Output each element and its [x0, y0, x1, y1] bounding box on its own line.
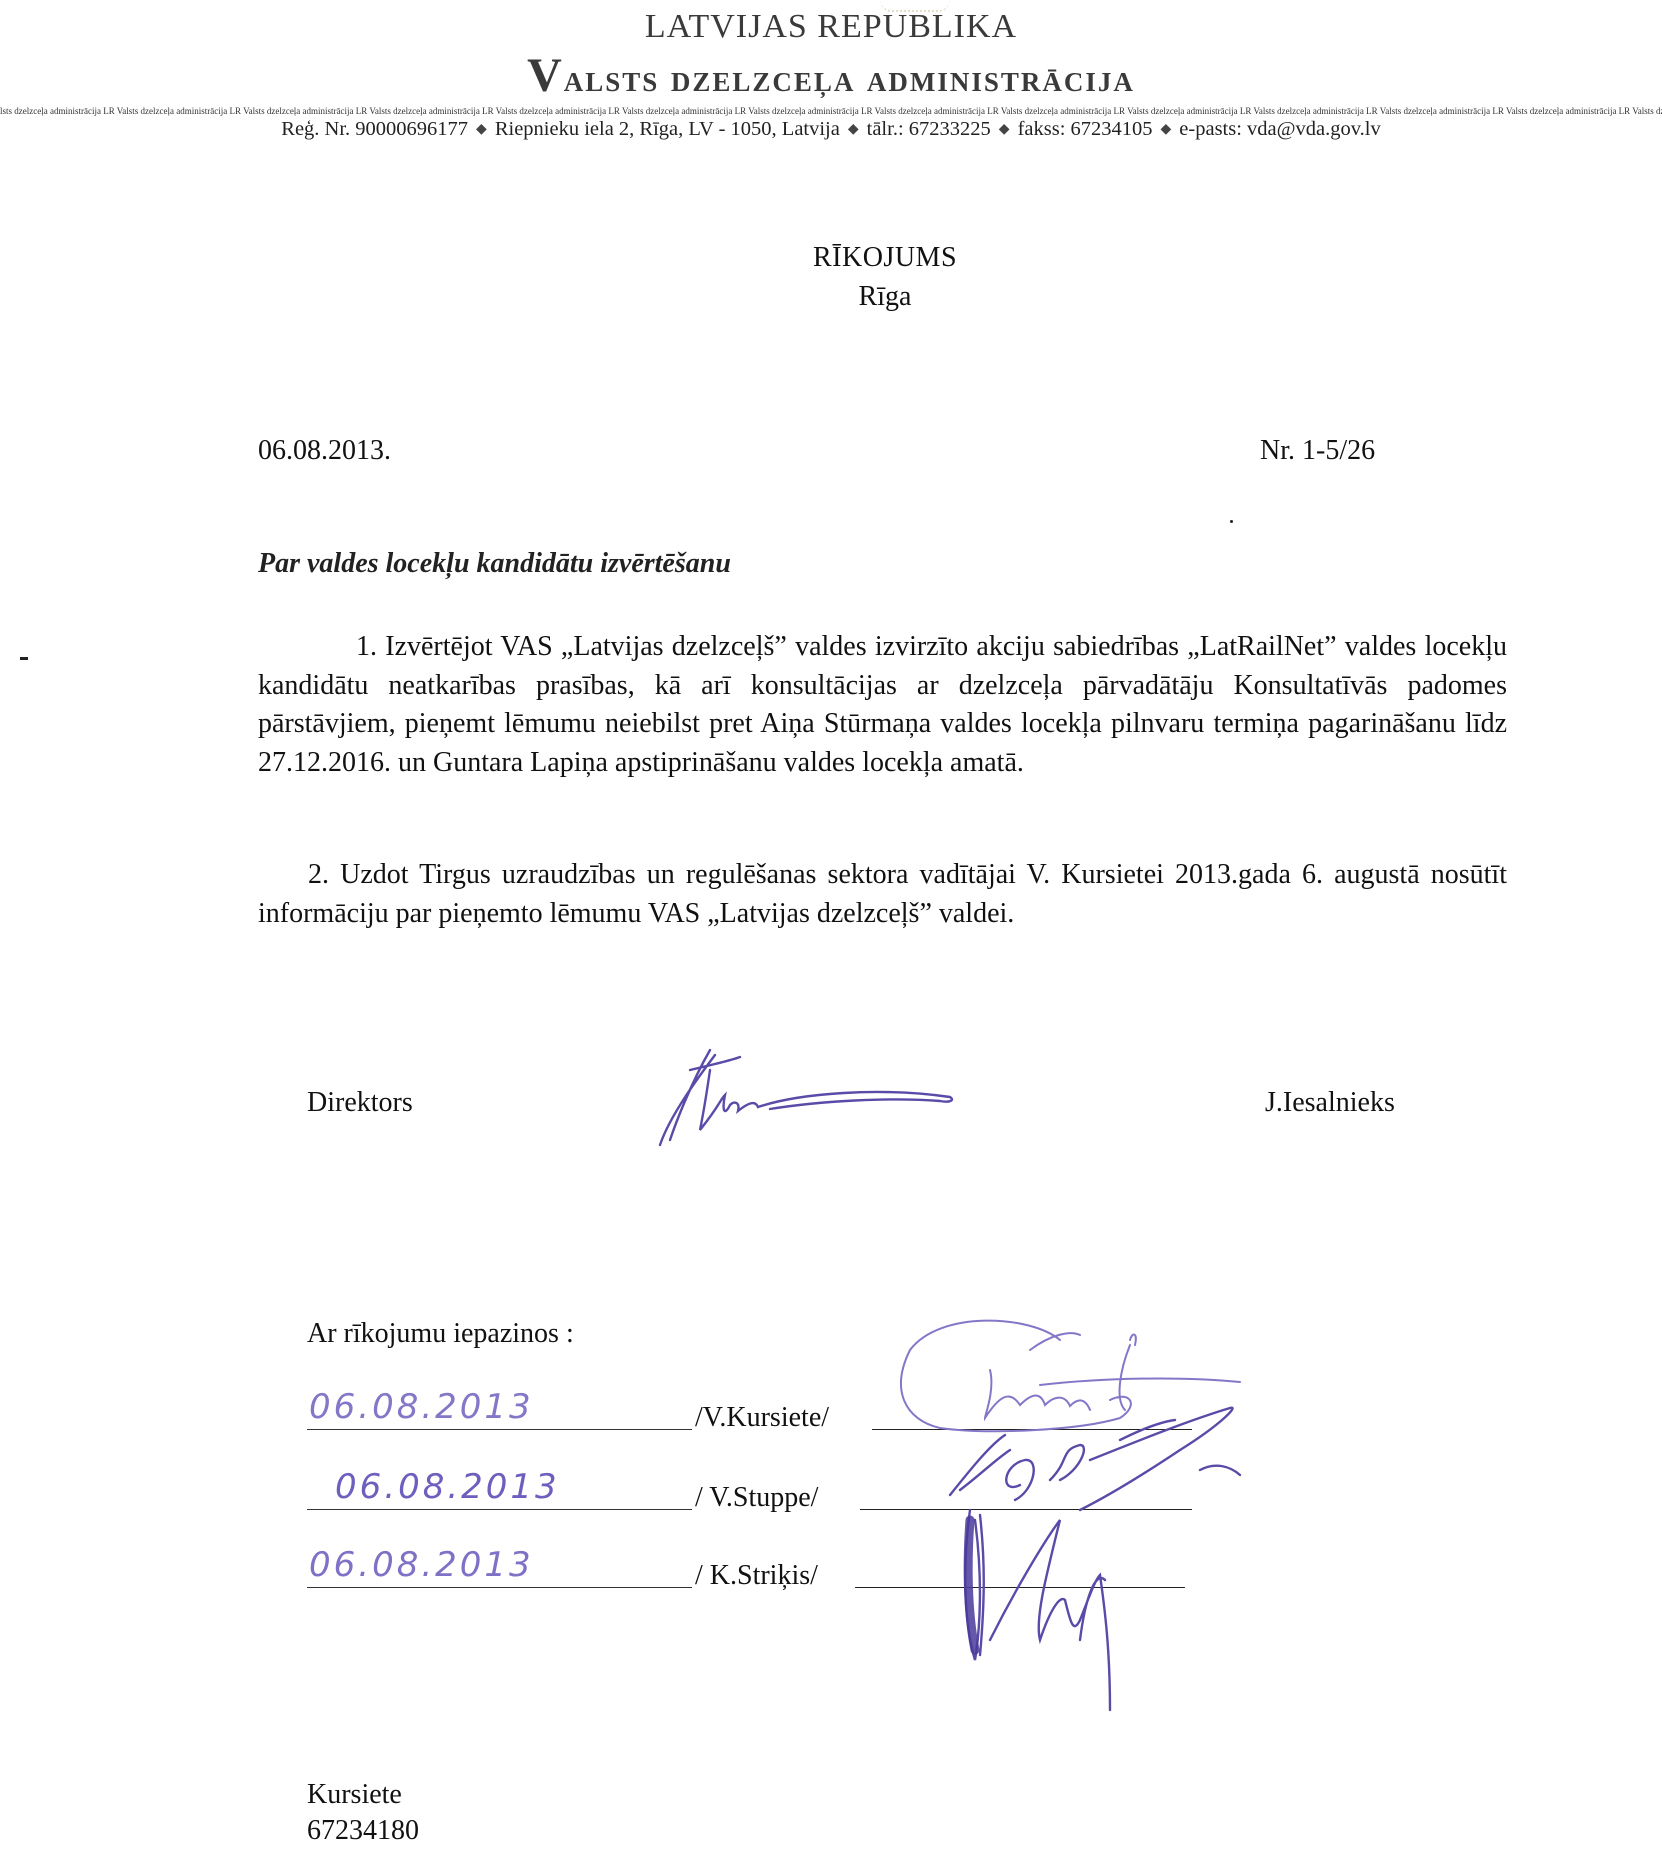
author-block: Kursiete 67234180: [307, 1777, 419, 1849]
diamond-icon: ◆: [991, 122, 1018, 137]
email: e-pasts: vda@vda.gov.lv: [1179, 118, 1380, 140]
paragraph-1: 1. Izvērtējot VAS „Latvijas dzelzceļš” v…: [258, 628, 1507, 782]
document-type: RĪKOJUMS: [0, 242, 1662, 274]
ack-date-field: 06.08.2013: [307, 1539, 692, 1588]
letterhead-address: Reģ. Nr. 90000696177◆Riepnieku iela 2, R…: [0, 118, 1662, 141]
scan-speck: [20, 657, 28, 660]
letterhead-republic: LATVIJAS REPUBLIKA: [0, 8, 1662, 46]
signatory-title: Direktors: [307, 1087, 413, 1119]
ack-date-handwritten: 06.08.2013: [309, 1545, 534, 1585]
ack-person-name: / V.Stuppe/: [695, 1482, 818, 1514]
director-signature: [650, 1045, 980, 1155]
scan-speck: [1230, 520, 1233, 523]
ack-person-name: /V.Kursiete/: [695, 1402, 829, 1434]
acknowledgement-label: Ar rīkojumu iepazinos :: [307, 1318, 574, 1350]
street-address: Riepnieku iela 2, Rīga, LV - 1050, Latvi…: [495, 118, 840, 140]
fax: fakss: 67234105: [1018, 118, 1153, 140]
document-subject: Par valdes locekļu kandidātu izvērtēšanu: [258, 548, 731, 580]
diamond-icon: ◆: [468, 122, 495, 137]
agency-name-rest: alsts dzelzceļa administrācija: [564, 58, 1135, 100]
diamond-icon: ◆: [840, 122, 867, 137]
agency-initial: V: [527, 49, 564, 102]
letterhead-microtext: lsts dzelzceļa administrācija LR Valsts …: [0, 106, 1662, 116]
document-number: Nr. 1-5/26: [1260, 435, 1375, 467]
ack-date-handwritten: 06.08.2013: [335, 1467, 560, 1507]
author-phone: 67234180: [307, 1813, 419, 1849]
phone: tālr.: 67233225: [867, 118, 991, 140]
diamond-icon: ◆: [1153, 122, 1180, 137]
reg-number: Reģ. Nr. 90000696177: [281, 118, 468, 140]
signatory-name: J.Iesalnieks: [1265, 1087, 1395, 1119]
strikis-signature: [955, 1500, 1155, 1720]
author-surname: Kursiete: [307, 1777, 419, 1813]
paragraph-2-text: 2. Uzdot Tirgus uzraudzības un regulēšan…: [258, 859, 1507, 929]
paragraph-2: 2. Uzdot Tirgus uzraudzības un regulēšan…: [258, 856, 1507, 933]
letterhead-agency: Valsts dzelzceļa administrācija: [0, 48, 1662, 103]
ack-person-name: / K.Striķis/: [695, 1560, 818, 1592]
ack-date-field: 06.08.2013: [307, 1461, 692, 1510]
ack-date-handwritten: 06.08.2013: [309, 1387, 534, 1427]
document-city: Rīga: [0, 281, 1662, 313]
document-date: 06.08.2013.: [258, 435, 391, 467]
ack-date-field: 06.08.2013: [307, 1381, 692, 1430]
paragraph-1-text: 1. Izvērtējot VAS „Latvijas dzelzceļš” v…: [258, 631, 1507, 778]
